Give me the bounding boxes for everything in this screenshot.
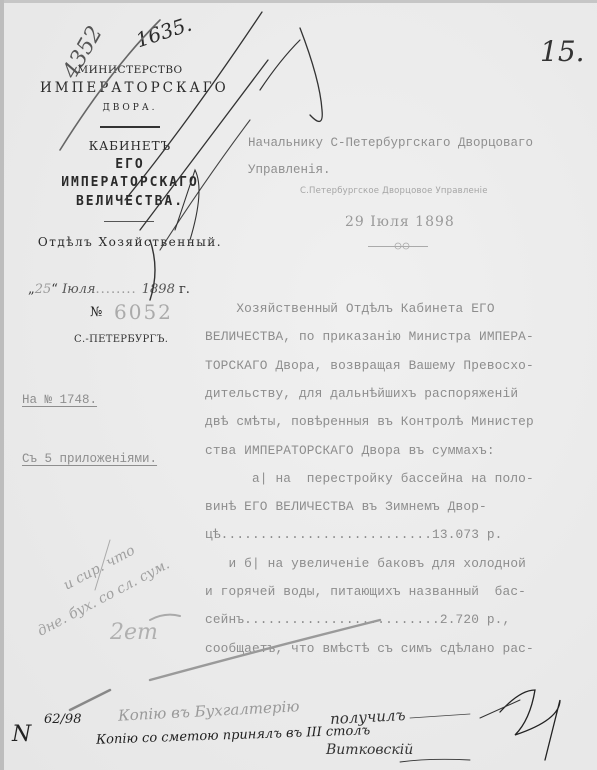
letterhead-imperial-genitive: ИМПЕРАТОРСКАГО	[40, 175, 220, 190]
dateline: „25“ Іюля........ 1898 г.	[28, 282, 190, 297]
body-line: и горячей воды, питающихъ названный бас-	[205, 584, 526, 599]
date-month: Іюля	[62, 282, 95, 297]
body-line: ТОРСКАГО Двора, возвращая Вашему Превосх…	[205, 358, 534, 373]
stamp-ornament	[368, 246, 428, 247]
body-line: ВЕЛИЧЕСТВА, по приказанію Министра ИМПЕР…	[205, 329, 534, 344]
margin-mark: 2ет	[110, 620, 158, 645]
date-day: 25	[35, 282, 52, 297]
file-number: 62/98	[44, 712, 81, 727]
outgoing-number-value: 6052	[114, 300, 173, 324]
letterhead-rule	[100, 126, 160, 128]
enclosures-reference: Съ 5 приложеніями.	[22, 452, 157, 466]
letterhead-imperial: ИМПЕРАТОРСКАГО	[40, 80, 220, 96]
addressee-line-2: Управленія.	[248, 163, 331, 177]
outgoing-number-sign: №	[90, 305, 102, 320]
body-line: а| на перестройку бассейна на поло-	[205, 471, 534, 486]
body-line: цѣ...........................13.073 р.	[205, 527, 503, 542]
page-number: 15.	[540, 35, 585, 68]
letterhead-ornament	[104, 221, 154, 222]
signature-2: Витковскій	[326, 742, 413, 758]
letterhead-department: Отдѣлъ Хозяйственный.	[20, 235, 240, 249]
letterhead-cabinet: КАБИНЕТЪ	[70, 139, 190, 153]
letterhead-majesty: ВЕЛИЧЕСТВА.	[60, 194, 200, 209]
stamp-title: С.Петербургское Дворцовое Управленіе	[300, 186, 488, 196]
file-number-prefix: N	[12, 722, 31, 747]
body-line: сообщаетъ, что вмѣстѣ съ симъ сдѣлано ра…	[205, 641, 534, 656]
body-line: и б| на увеличеніе баковъ для холодной	[205, 556, 526, 571]
date-year: 1898	[142, 282, 175, 297]
body-line: сейнъ.........................2.720 р.,	[205, 612, 510, 627]
stamp-date: 29 Іюля 1898	[345, 214, 455, 230]
body-line: дительству, для дальнѣйшихъ распоряженій	[205, 386, 518, 401]
letterhead-court: ДВОРА.	[80, 103, 180, 113]
city: С.-ПЕТЕРБУРГЪ.	[74, 334, 168, 345]
letterhead-his: ЕГО	[70, 157, 190, 172]
date-suffix: г.	[179, 282, 190, 297]
body-line: двѣ смѣты, повѣренныя въ Контролѣ Минист…	[205, 414, 534, 429]
addressee-line-1: Начальнику С-Петербургскаго Дворцоваго	[248, 136, 533, 150]
body-line: Хозяйственный Отдѣлъ Кабинета ЕГО	[205, 301, 495, 316]
body-line: ства ИМПЕРАТОРСКАГО Двора въ суммахъ:	[205, 443, 495, 458]
reply-reference: На № 1748.	[22, 393, 97, 407]
body-line: винѣ ЕГО ВЕЛИЧЕСТВА въ Зимнемъ Двор-	[205, 499, 487, 514]
